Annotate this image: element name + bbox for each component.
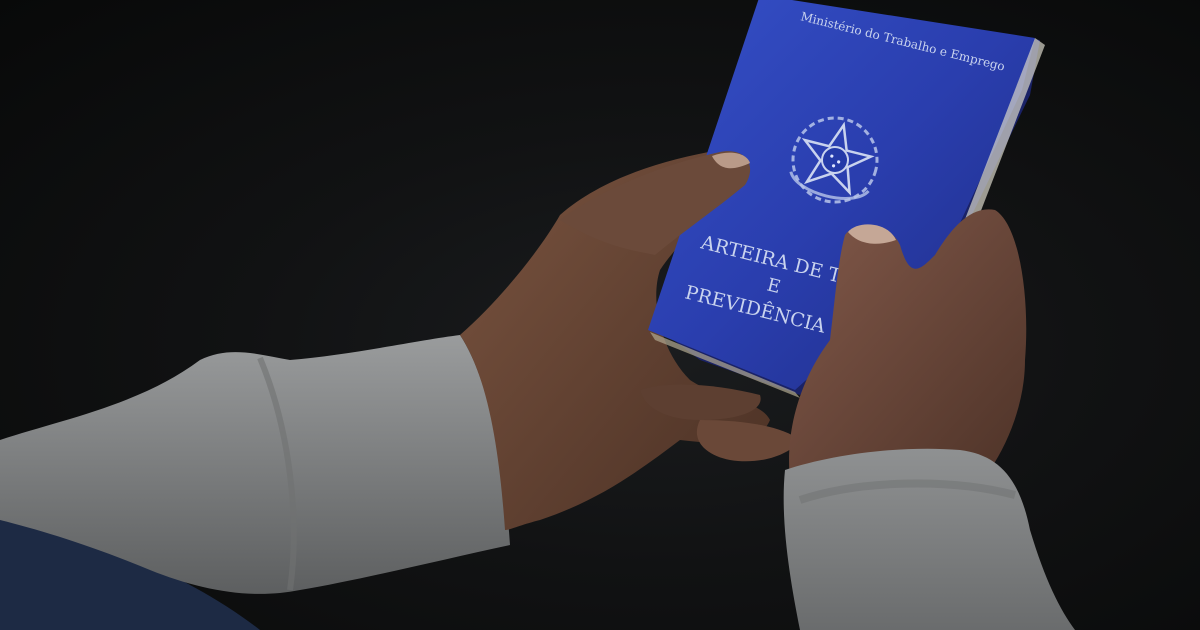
right-sleeve (784, 449, 1075, 630)
photo-scene: Ministério do Trabalho e Emprego ARTEIRA… (0, 0, 1200, 630)
photo-illustration: Ministério do Trabalho e Emprego ARTEIRA… (0, 0, 1200, 630)
